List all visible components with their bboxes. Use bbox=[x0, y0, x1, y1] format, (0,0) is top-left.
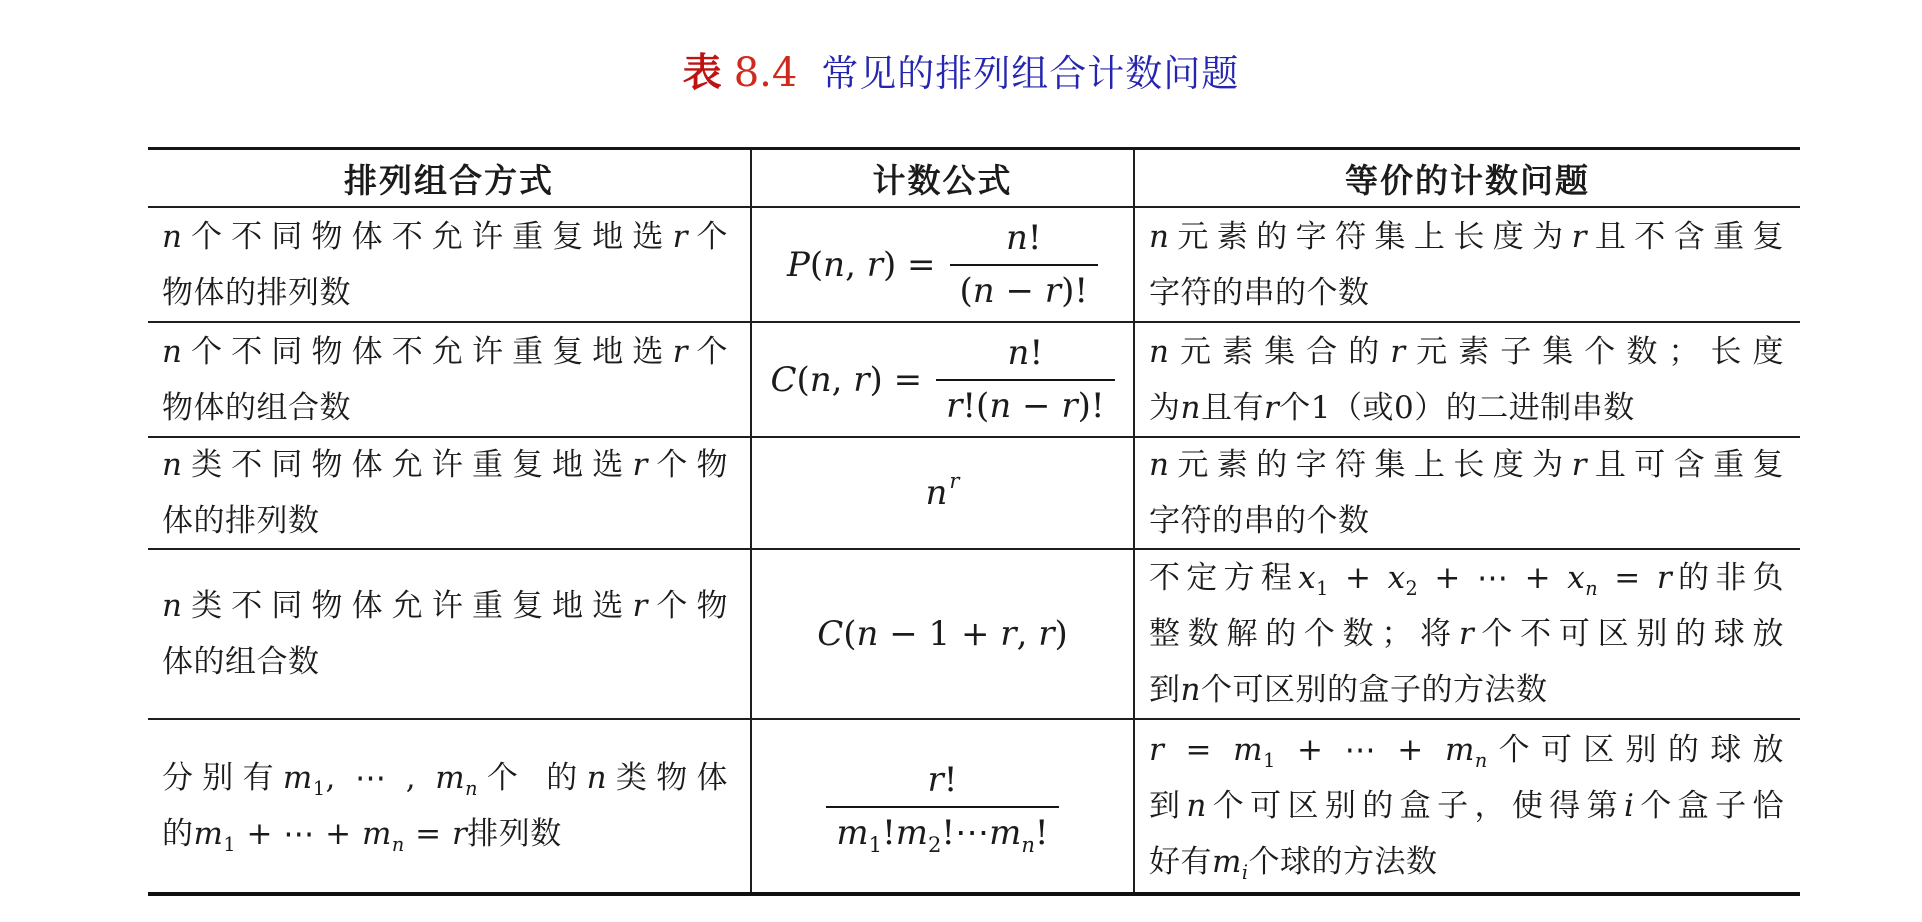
method-line: n类不同物体允许重复地选r个物 bbox=[162, 437, 728, 493]
header-method: 排列组合方式 bbox=[148, 150, 750, 206]
method-line: n个不同物体不允许重复地选r个 bbox=[162, 209, 728, 265]
problem-cell: r = m1 + ⋯ + mn个可区别的球放 到n个可区别的盒子，使得第i个盒子… bbox=[1135, 720, 1800, 892]
problem-cell: n元素的字符集上长度为r且不含重复 字符的串的个数 bbox=[1135, 208, 1800, 321]
caption-title: 常见的排列组合计数问题 bbox=[821, 52, 1239, 95]
method-cell: n类不同物体允许重复地选r个物 体的组合数 bbox=[148, 550, 750, 718]
table-row: n个不同物体不允许重复地选r个 物体的排列数 P(n, r) = n! (n −… bbox=[148, 208, 1800, 323]
method-line: 体的组合数 bbox=[162, 634, 728, 690]
counting-table: 排列组合方式 计数公式 等价的计数问题 n个不同物体不允许重复地选r个 物体的排… bbox=[148, 147, 1800, 896]
method-line: 体的排列数 bbox=[162, 493, 728, 549]
method-line: 分别有m1, ⋯ , mn个 的n类物体 bbox=[162, 750, 728, 806]
method-line: 物体的排列数 bbox=[162, 265, 728, 321]
formula-cell: C(n − 1 + r, r) bbox=[750, 550, 1135, 718]
fraction-denominator: r!(n − r)! bbox=[936, 381, 1114, 426]
caption-number: 8.4 bbox=[734, 50, 798, 96]
fraction-numerator: n! bbox=[936, 333, 1114, 381]
method-cell: n个不同物体不允许重复地选r个 物体的组合数 bbox=[148, 323, 750, 436]
fraction-numerator: r! bbox=[826, 760, 1058, 808]
header-formula: 计数公式 bbox=[750, 150, 1135, 206]
page: 表8.4常见的排列组合计数问题 排列组合方式 计数公式 等价的计数问题 n个不同… bbox=[0, 0, 1922, 922]
header-problem: 等价的计数问题 bbox=[1135, 150, 1800, 206]
formula-prefix: C(n, r) = bbox=[770, 360, 922, 400]
problem-line: 字符的串的个数 bbox=[1149, 493, 1784, 549]
problem-line: 好有mi个球的方法数 bbox=[1149, 834, 1784, 890]
method-cell: 分别有m1, ⋯ , mn个 的n类物体 的m1 + ⋯ + mn = r排列数 bbox=[148, 720, 750, 892]
fraction-denominator: m1!m2!⋯mn! bbox=[826, 808, 1058, 853]
fraction-numerator: n! bbox=[950, 218, 1098, 266]
problem-line: r = m1 + ⋯ + mn个可区别的球放 bbox=[1149, 722, 1784, 778]
problem-line: 不定方程x1 + x2 + ⋯ + xn = r的非负 bbox=[1149, 550, 1784, 606]
fraction-denominator: (n − r)! bbox=[950, 266, 1098, 311]
problem-line: 到n个可区别的盒子的方法数 bbox=[1149, 662, 1784, 718]
method-line: n个不同物体不允许重复地选r个 bbox=[162, 324, 728, 380]
fraction: r! m1!m2!⋯mn! bbox=[826, 760, 1058, 853]
formula-base: n bbox=[926, 473, 948, 513]
problem-line: n元素集合的r元素子集个数；长度 bbox=[1149, 324, 1784, 380]
method-line: 物体的组合数 bbox=[162, 380, 728, 436]
method-line: 的m1 + ⋯ + mn = r排列数 bbox=[162, 806, 728, 862]
problem-line: 为n且有r个1（或0）的二进制串数 bbox=[1149, 380, 1784, 436]
problem-line: 到n个可区别的盒子，使得第i个盒子恰 bbox=[1149, 778, 1784, 834]
problem-cell: n元素集合的r元素子集个数；长度 为n且有r个1（或0）的二进制串数 bbox=[1135, 323, 1800, 436]
formula-cell: C(n, r) = n! r!(n − r)! bbox=[750, 323, 1135, 436]
header-row: 排列组合方式 计数公式 等价的计数问题 bbox=[148, 150, 1800, 208]
formula-cell: r! m1!m2!⋯mn! bbox=[750, 720, 1135, 892]
problem-line: n元素的字符集上长度为r且可含重复 bbox=[1149, 437, 1784, 493]
formula-cell: nr bbox=[750, 438, 1135, 548]
problem-cell: 不定方程x1 + x2 + ⋯ + xn = r的非负 整数解的个数；将r个不可… bbox=[1135, 550, 1800, 718]
problem-cell: n元素的字符集上长度为r且可含重复 字符的串的个数 bbox=[1135, 438, 1800, 548]
caption-label: 表 bbox=[683, 51, 722, 96]
table-row: n类不同物体允许重复地选r个物 体的排列数 nr n元素的字符集上长度为r且可含… bbox=[148, 438, 1800, 550]
table-row: n类不同物体允许重复地选r个物 体的组合数 C(n − 1 + r, r) 不定… bbox=[148, 550, 1800, 720]
problem-line: 字符的串的个数 bbox=[1149, 265, 1784, 321]
method-cell: n个不同物体不允许重复地选r个 物体的排列数 bbox=[148, 208, 750, 321]
formula-plain: C(n − 1 + r, r) bbox=[817, 614, 1067, 654]
formula-cell: P(n, r) = n! (n − r)! bbox=[750, 208, 1135, 321]
problem-line: n元素的字符集上长度为r且不含重复 bbox=[1149, 209, 1784, 265]
problem-line: 整数解的个数；将r个不可区别的球放 bbox=[1149, 606, 1784, 662]
method-cell: n类不同物体允许重复地选r个物 体的排列数 bbox=[148, 438, 750, 548]
table-caption: 表8.4常见的排列组合计数问题 bbox=[0, 42, 1922, 98]
formula-prefix: P(n, r) = bbox=[787, 245, 936, 285]
fraction: n! r!(n − r)! bbox=[936, 333, 1114, 426]
method-line: n类不同物体允许重复地选r个物 bbox=[162, 578, 728, 634]
table-row: 分别有m1, ⋯ , mn个 的n类物体 的m1 + ⋯ + mn = r排列数… bbox=[148, 720, 1800, 892]
fraction: n! (n − r)! bbox=[950, 218, 1098, 311]
table-row: n个不同物体不允许重复地选r个 物体的组合数 C(n, r) = n! r!(n… bbox=[148, 323, 1800, 438]
